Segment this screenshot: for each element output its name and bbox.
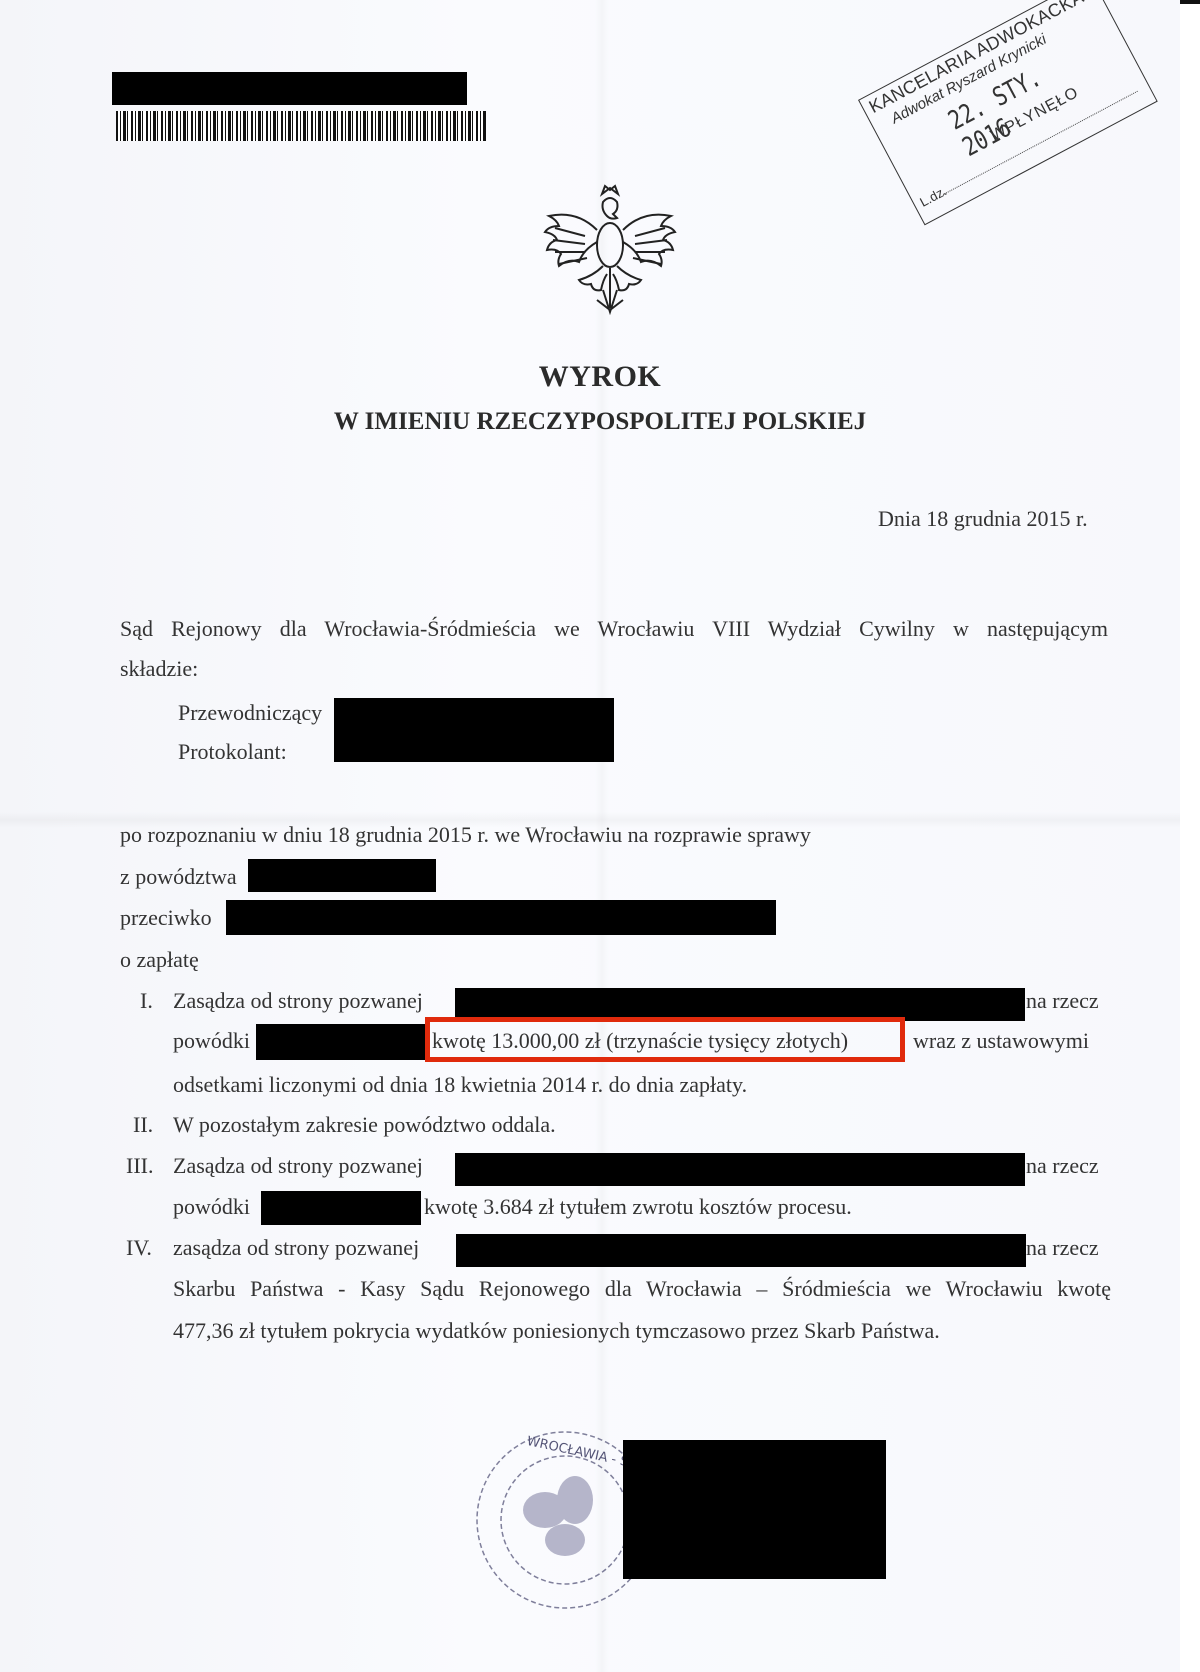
ruling-1-plaintiff-label: powódki (173, 1028, 250, 1054)
redacted-plaintiff (261, 1191, 421, 1225)
redacted-defendant (455, 1153, 1025, 1186)
court-name-line: Sąd Rejonowy dla Wrocławia-Śródmieścia w… (120, 616, 1108, 642)
redacted-plaintiff (256, 1024, 426, 1060)
ruling-3-number: III. (126, 1153, 153, 1179)
judgment-date: Dnia 18 grudnia 2015 r. (878, 506, 1088, 532)
document-subtitle: W IMIENIU RZECZYPOSPOLITEJ POLSKIEJ (0, 408, 1200, 436)
ruling-1-number: I. (140, 988, 153, 1014)
redacted-signature (623, 1440, 886, 1579)
barcode-icon (116, 111, 486, 141)
ruling-4-treasury-line: Skarbu Państwa - Kasy Sądu Rejonowego dl… (173, 1276, 1111, 1302)
ruling-1-text-start: Zasądza od strony pozwanej (173, 988, 423, 1014)
stamp-ref-label: L.dz. (917, 183, 949, 209)
hearing-line: po rozpoznaniu w dniu 18 grudnia 2015 r.… (120, 822, 811, 848)
ruling-1-interest-line: odsetkami liczonymi od dnia 18 kwietnia … (173, 1072, 747, 1098)
ruling-2-number: II. (133, 1112, 153, 1138)
scan-edge (1180, 0, 1200, 1672)
amount-highlight-box (425, 1017, 905, 1062)
law-office-received-stamp: KANCELARIA ADWOKACKA Adwokat Ryszard Kry… (858, 0, 1158, 225)
chair-label: Przewodniczący (178, 700, 322, 726)
scan-corner-mark (1180, 0, 1200, 4)
clerk-label: Protokolant: (178, 739, 287, 765)
redacted-plaintiff (248, 859, 436, 892)
ruling-3-plaintiff-label: powódki (173, 1194, 250, 1220)
plaintiff-label: z powództwa (120, 864, 237, 890)
document-title: WYROK (0, 360, 1200, 394)
court-composition-label: składzie: (120, 656, 198, 682)
ruling-4-text-start: zasądza od strony pozwanej (173, 1235, 419, 1261)
ruling-4-text-end: na rzecz (1026, 1235, 1099, 1261)
ruling-4-number: IV. (126, 1235, 152, 1261)
redacted-defendant (226, 900, 776, 935)
document-page: KANCELARIA ADWOKACKA Adwokat Ryszard Kry… (0, 0, 1200, 1672)
ruling-2-text: W pozostałym zakresie powództwo oddala. (173, 1112, 556, 1138)
ruling-1-text-end: na rzecz (1026, 988, 1099, 1014)
ruling-3-costs: kwotę 3.684 zł tytułem zwrotu kosztów pr… (424, 1194, 852, 1220)
ruling-1-interest-start: wraz z ustawowymi (913, 1028, 1089, 1054)
redacted-defendant (456, 1234, 1026, 1267)
case-subject: o zapłatę (120, 947, 199, 973)
defendant-label: przeciwko (120, 905, 212, 931)
ruling-4-expenses-line: 477,36 zł tytułem pokrycia wydatków poni… (173, 1318, 940, 1344)
ruling-3-text-start: Zasądza od strony pozwanej (173, 1153, 423, 1179)
redacted-judge-and-clerk (334, 698, 614, 762)
ruling-3-text-end: na rzecz (1026, 1153, 1099, 1179)
polish-eagle-emblem-icon (535, 180, 685, 325)
redacted-case-number (112, 72, 467, 105)
